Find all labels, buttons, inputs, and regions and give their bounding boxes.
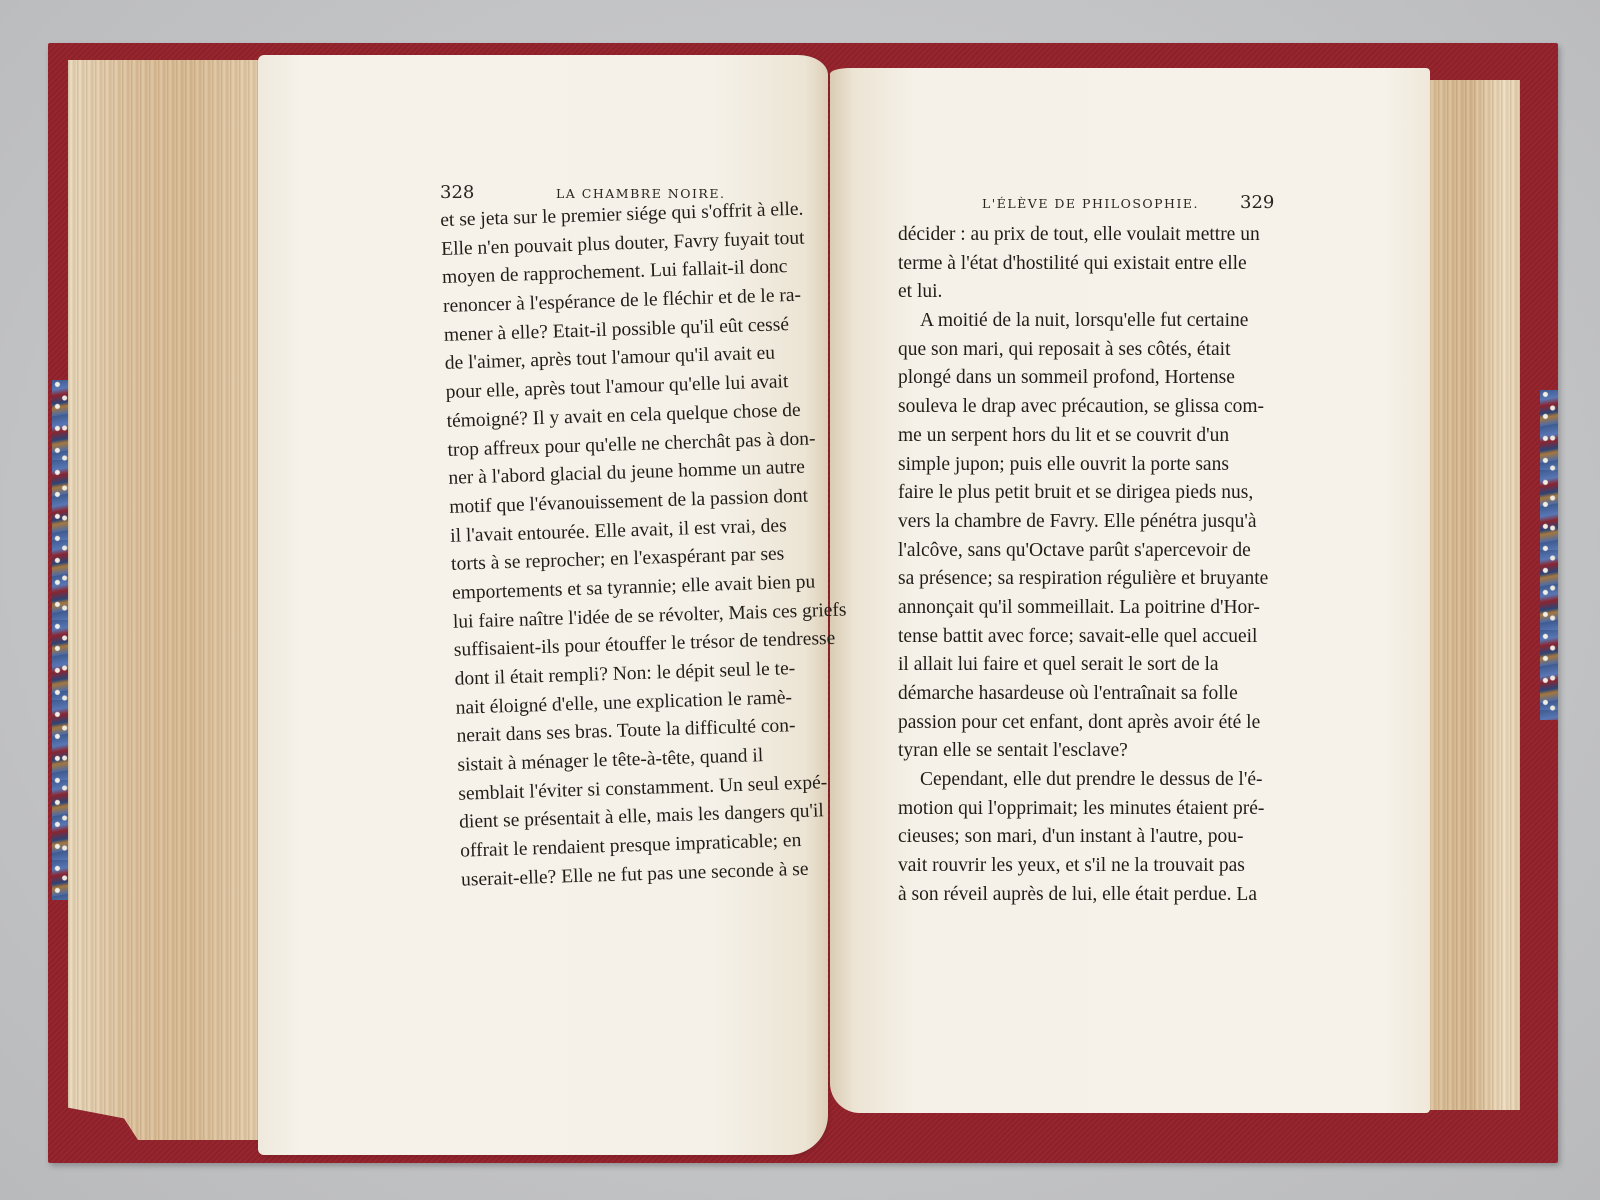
text-line: tyran elle se sentait l'esclave? (898, 740, 1273, 769)
text-line: vers la chambre de Favry. Elle pénétra j… (898, 511, 1273, 540)
text-line: décider : au prix de tout, elle voulait … (898, 224, 1273, 253)
text-line: il allait lui faire et quel serait le so… (898, 654, 1273, 683)
text-line: simple jupon; puis elle ouvrit la porte … (898, 454, 1273, 483)
left-page-number: 328 (440, 182, 474, 203)
page-edges-left (68, 60, 268, 1140)
marbled-endpaper-right (1540, 390, 1558, 720)
text-line: et lui. (898, 281, 1273, 310)
marbled-endpaper-left (52, 380, 70, 900)
text-line: motion qui l'opprimait; les minutes étai… (898, 798, 1273, 827)
text-line: terme à l'état d'hostilité qui existait … (898, 253, 1273, 282)
text-line: Cependant, elle dut prendre le dessus de… (898, 769, 1273, 798)
text-line: faire le plus petit bruit et se dirigea … (898, 482, 1273, 511)
text-line: vait rouvrir les yeux, et s'il ne la tro… (898, 855, 1273, 884)
left-running-head: LA CHAMBRE NOIRE. (556, 186, 725, 201)
right-page-number: 329 (1240, 192, 1274, 213)
text-line: tense battit avec force; savait-elle que… (898, 626, 1273, 655)
text-line: sa présence; sa respiration régulière et… (898, 568, 1273, 597)
text-line: l'alcôve, sans qu'Octave parût s'apercev… (898, 540, 1273, 569)
text-line: à son réveil auprès de lui, elle était p… (898, 884, 1273, 913)
text-line: plongé dans un sommeil profond, Hortense (898, 367, 1273, 396)
text-line: A moitié de la nuit, lorsqu'elle fut cer… (898, 310, 1273, 339)
text-line: démarche hasardeuse où l'entraînait sa f… (898, 683, 1273, 712)
left-page-body: et se jeta sur le premier siége qui s'of… (440, 198, 831, 898)
text-line: annonçait qu'il sommeillait. La poitrine… (898, 597, 1273, 626)
right-running-head: L'ÉLÈVE DE PHILOSOPHIE. (982, 196, 1199, 211)
text-line: passion pour cet enfant, dont après avoi… (898, 712, 1273, 741)
page-edges-right (1420, 80, 1520, 1110)
text-line: me un serpent hors du lit et se couvrit … (898, 425, 1273, 454)
text-line: souleva le drap avec précaution, se glis… (898, 396, 1273, 425)
right-page-body: décider : au prix de tout, elle voulait … (898, 224, 1273, 913)
text-line: que son mari, qui reposait à ses côtés, … (898, 339, 1273, 368)
text-line: cieuses; son mari, d'un instant à l'autr… (898, 826, 1273, 855)
